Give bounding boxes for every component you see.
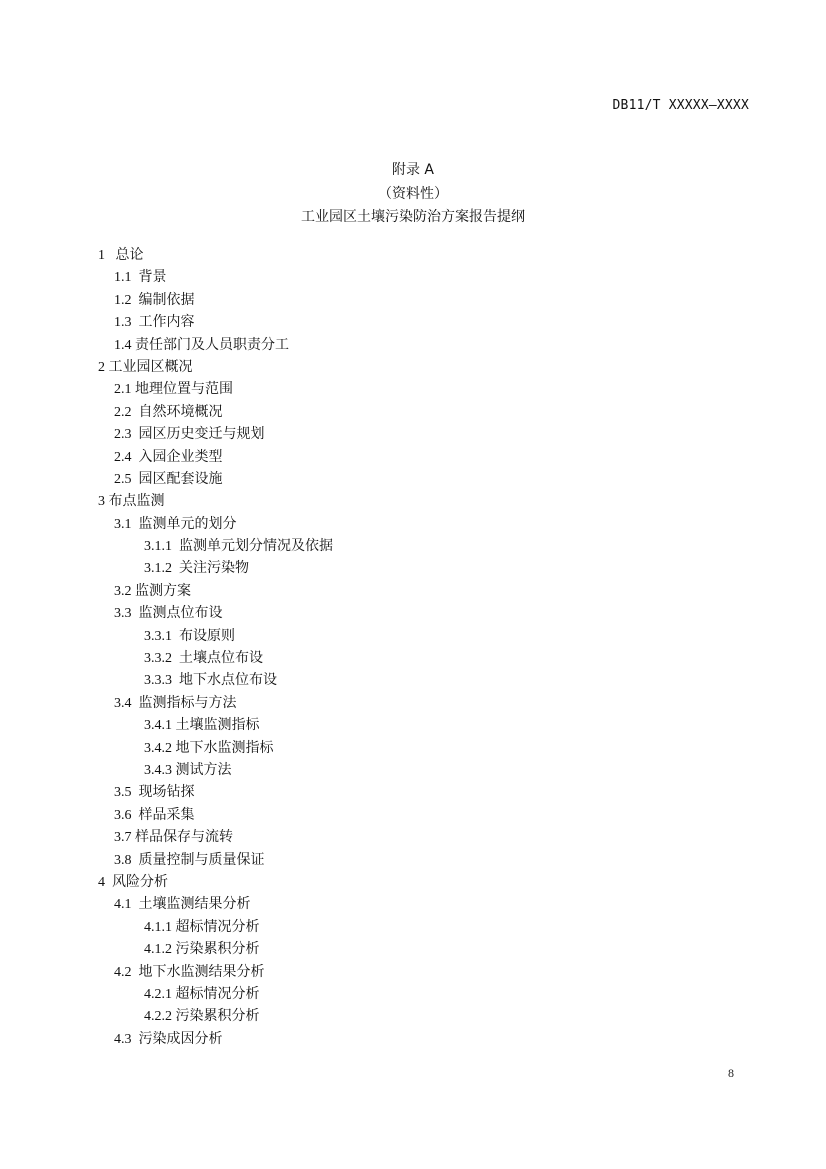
outline-item-number: 3.4.2	[144, 741, 172, 756]
outline-item-text: 地下水监测指标	[176, 741, 274, 756]
outline-item-text: 风险分析	[112, 875, 168, 890]
outline-item-text: 污染累积分析	[176, 942, 260, 957]
outline-item-level-2: 1.2 编制依据	[98, 290, 333, 312]
outline-item-level-2: 3.4 监测指标与方法	[98, 693, 333, 715]
appendix-title: 工业园区土壤污染防治方案报告提纲	[0, 206, 826, 230]
outline-item-text: 地下水监测结果分析	[139, 965, 265, 980]
outline-item-text: 编制依据	[139, 293, 195, 308]
appendix-title-block: 附录 A （资料性） 工业园区土壤污染防治方案报告提纲	[0, 159, 826, 230]
outline-item-number: 1.2	[114, 293, 132, 308]
outline-item-spacer	[132, 606, 139, 621]
outline-item-number: 3.4	[114, 696, 132, 711]
appendix-nature: （资料性）	[0, 183, 826, 207]
outline-item-level-2: 2.3 园区历史变迁与规划	[98, 424, 333, 446]
outline-item-spacer	[172, 651, 179, 666]
outline-item-text: 园区配套设施	[139, 472, 223, 487]
outline-item-text: 布设原则	[179, 629, 235, 644]
outline-item-number: 1.4	[114, 338, 132, 353]
outline-item-text: 超标情况分析	[176, 920, 260, 935]
outline-item-number: 4.2.2	[144, 1009, 172, 1024]
outline-item-text: 污染成因分析	[139, 1032, 223, 1047]
outline-item-number: 3.5	[114, 785, 132, 800]
outline-item-number: 4.1.2	[144, 942, 172, 957]
outline-item-level-3: 3.3.2 土壤点位布设	[98, 648, 333, 670]
outline-item-text: 自然环境概况	[139, 405, 223, 420]
outline-item-number: 4	[98, 875, 105, 890]
outline-item-number: 4.1.1	[144, 920, 172, 935]
outline-item-text: 布点监测	[109, 494, 165, 509]
outline-item-level-2: 2.4 入园企业类型	[98, 447, 333, 469]
outline-item-text: 工业园区概况	[109, 360, 193, 375]
outline-item-level-2: 2.2 自然环境概况	[98, 402, 333, 424]
outline-item-text: 关注污染物	[179, 561, 249, 576]
outline-item-number: 3.3.2	[144, 651, 172, 666]
outline-item-number: 3.3	[114, 606, 132, 621]
outline-item-spacer	[132, 450, 139, 465]
outline-item-level-3: 3.1.1 监测单元划分情况及依据	[98, 536, 333, 558]
outline-item-level-3: 3.3.1 布设原则	[98, 626, 333, 648]
outline-item-number: 3.6	[114, 808, 132, 823]
outline-item-level-2: 3.7 样品保存与流转	[98, 827, 333, 849]
outline-item-level-2: 3.5 现场钻探	[98, 782, 333, 804]
outline-item-spacer	[105, 875, 112, 890]
outline-item-number: 2.2	[114, 405, 132, 420]
outline-item-number: 2	[98, 360, 105, 375]
outline-item-number: 3.3.1	[144, 629, 172, 644]
outline-item-spacer	[132, 785, 139, 800]
outline-item-level-3: 3.3.3 地下水点位布设	[98, 670, 333, 692]
outline-item-spacer	[132, 808, 139, 823]
outline-item-number: 3.3.3	[144, 673, 172, 688]
outline-item-level-2: 3.1 监测单元的划分	[98, 514, 333, 536]
outline-item-level-2: 4.1 土壤监测结果分析	[98, 894, 333, 916]
report-outline: 1 总论1.1 背景1.2 编制依据1.3 工作内容1.4 责任部门及人员职责分…	[98, 245, 333, 1051]
outline-item-spacer	[132, 405, 139, 420]
outline-item-level-2: 3.3 监测点位布设	[98, 603, 333, 625]
outline-item-level-2: 1.1 背景	[98, 267, 333, 289]
outline-item-number: 3	[98, 494, 105, 509]
outline-item-spacer	[172, 673, 179, 688]
outline-item-spacer	[172, 629, 179, 644]
outline-item-text: 监测单元的划分	[139, 517, 237, 532]
outline-item-spacer	[172, 539, 179, 554]
outline-item-level-2: 3.8 质量控制与质量保证	[98, 850, 333, 872]
outline-item-number: 3.7	[114, 830, 132, 845]
outline-item-text: 超标情况分析	[176, 987, 260, 1002]
outline-item-spacer	[132, 315, 139, 330]
outline-item-level-3: 4.2.1 超标情况分析	[98, 984, 333, 1006]
outline-item-number: 2.4	[114, 450, 132, 465]
outline-item-text: 土壤点位布设	[179, 651, 263, 666]
outline-item-number: 1.3	[114, 315, 132, 330]
outline-item-spacer	[132, 1032, 139, 1047]
outline-item-number: 3.1.2	[144, 561, 172, 576]
outline-item-level-2: 4.3 污染成因分析	[98, 1029, 333, 1051]
outline-item-number: 4.2.1	[144, 987, 172, 1002]
outline-item-text: 地下水点位布设	[179, 673, 277, 688]
outline-item-level-2: 1.3 工作内容	[98, 312, 333, 334]
outline-item-level-2: 4.2 地下水监测结果分析	[98, 962, 333, 984]
outline-item-number: 3.1.1	[144, 539, 172, 554]
outline-item-text: 监测方案	[135, 584, 191, 599]
outline-item-number: 4.2	[114, 965, 132, 980]
outline-item-text: 土壤监测指标	[176, 718, 260, 733]
outline-item-level-3: 3.4.2 地下水监测指标	[98, 738, 333, 760]
outline-item-level-1: 4 风险分析	[98, 872, 333, 894]
outline-item-number: 2.5	[114, 472, 132, 487]
outline-item-number: 3.1	[114, 517, 132, 532]
outline-item-level-3: 4.1.2 污染累积分析	[98, 939, 333, 961]
outline-item-level-3: 3.4.1 土壤监测指标	[98, 715, 333, 737]
outline-item-text: 测试方法	[176, 763, 232, 778]
outline-item-text: 监测单元划分情况及依据	[179, 539, 333, 554]
outline-item-text: 责任部门及人员职责分工	[135, 338, 289, 353]
outline-item-level-1: 1 总论	[98, 245, 333, 267]
page-number: 8	[728, 1066, 734, 1081]
outline-item-number: 3.4.1	[144, 718, 172, 733]
outline-item-spacer	[132, 270, 139, 285]
outline-item-level-1: 2 工业园区概况	[98, 357, 333, 379]
outline-item-text: 监测点位布设	[139, 606, 223, 621]
outline-item-spacer	[172, 561, 179, 576]
outline-item-spacer	[132, 965, 139, 980]
outline-item-text: 地理位置与范围	[135, 382, 233, 397]
outline-item-number: 4.1	[114, 897, 132, 912]
outline-item-number: 2.3	[114, 427, 132, 442]
outline-item-number: 3.2	[114, 584, 132, 599]
outline-item-text: 样品保存与流转	[135, 830, 233, 845]
outline-item-level-3: 4.2.2 污染累积分析	[98, 1006, 333, 1028]
outline-item-number: 1	[98, 248, 105, 263]
outline-item-level-2: 3.6 样品采集	[98, 805, 333, 827]
document-code: DB11/T XXXXX—XXXX	[613, 98, 749, 113]
outline-item-level-3: 3.4.3 测试方法	[98, 760, 333, 782]
outline-item-level-2: 2.1 地理位置与范围	[98, 379, 333, 401]
outline-item-text: 质量控制与质量保证	[139, 853, 265, 868]
outline-item-number: 3.8	[114, 853, 132, 868]
outline-item-text: 样品采集	[139, 808, 195, 823]
outline-item-text: 园区历史变迁与规划	[139, 427, 265, 442]
outline-item-spacer	[132, 696, 139, 711]
outline-item-level-3: 4.1.1 超标情况分析	[98, 917, 333, 939]
outline-item-spacer	[132, 427, 139, 442]
outline-item-spacer	[132, 853, 139, 868]
outline-item-spacer	[105, 248, 116, 263]
outline-item-number: 3.4.3	[144, 763, 172, 778]
outline-item-spacer	[132, 293, 139, 308]
outline-item-number: 2.1	[114, 382, 132, 397]
outline-item-text: 工作内容	[139, 315, 195, 330]
outline-item-text: 现场钻探	[139, 785, 195, 800]
outline-item-level-2: 1.4 责任部门及人员职责分工	[98, 335, 333, 357]
outline-item-number: 4.3	[114, 1032, 132, 1047]
outline-item-text: 监测指标与方法	[139, 696, 237, 711]
outline-item-text: 土壤监测结果分析	[139, 897, 251, 912]
outline-item-text: 总论	[116, 248, 144, 263]
outline-item-spacer	[132, 897, 139, 912]
outline-item-level-2: 3.2 监测方案	[98, 581, 333, 603]
outline-item-text: 入园企业类型	[139, 450, 223, 465]
outline-item-spacer	[132, 517, 139, 532]
outline-item-spacer	[132, 472, 139, 487]
appendix-label: 附录 A	[0, 159, 826, 183]
outline-item-level-1: 3 布点监测	[98, 491, 333, 513]
outline-item-number: 1.1	[114, 270, 132, 285]
outline-item-text: 污染累积分析	[176, 1009, 260, 1024]
outline-item-level-2: 2.5 园区配套设施	[98, 469, 333, 491]
outline-item-text: 背景	[139, 270, 167, 285]
outline-item-level-3: 3.1.2 关注污染物	[98, 558, 333, 580]
